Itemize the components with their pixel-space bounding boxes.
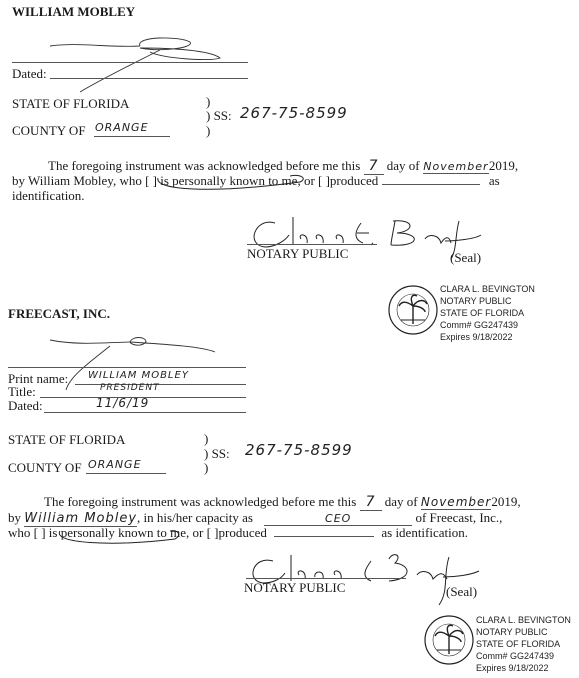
ack-text-1-line3: identification.: [12, 188, 85, 204]
signature-line-2: [8, 367, 246, 368]
ss-number-1: 267-75-8599: [240, 104, 348, 122]
stamp-name-1: CLARA L. BEVINGTON: [440, 283, 535, 295]
ack-month-2: November: [421, 495, 491, 510]
bracket-top-2: ): [204, 431, 208, 447]
stamp-state-2: STATE OF FLORIDA: [476, 638, 571, 650]
stamp-name-2: CLARA L. BEVINGTON: [476, 614, 571, 626]
stamp-expires-1: Expires 9/18/2022: [440, 331, 535, 343]
title-value: PRESIDENT: [100, 383, 160, 393]
ack-month-1: November: [423, 160, 489, 174]
bracket-bottom-1: ): [206, 123, 210, 139]
stamp-comm-1: Comm# GG247439: [440, 319, 535, 331]
ss-number-2: 267-75-8599: [245, 441, 353, 459]
ss-label-1: ) SS:: [206, 108, 232, 124]
county-label-2: COUNTY OF: [8, 460, 82, 476]
signer-name-header: WILLIAM MOBLEY: [12, 4, 135, 20]
ack-text-2-line1: The foregoing instrument was acknowledge…: [44, 494, 521, 511]
county-value-2: ORANGE: [88, 458, 142, 471]
notary-signature-line-1: [247, 244, 377, 245]
notary-seal-emblem-1: [387, 284, 439, 336]
ack-capacity-2: CEO: [264, 512, 412, 526]
notary-signature-line-2: [246, 578, 406, 579]
stamp-expires-2: Expires 9/18/2022: [476, 662, 571, 674]
notary-public-label-2: NOTARY PUBLIC: [244, 580, 345, 596]
dated-label-1: Dated:: [12, 66, 47, 82]
notary-stamp-1: CLARA L. BEVINGTON NOTARY PUBLIC STATE O…: [440, 283, 535, 343]
county-value-1: ORANGE: [95, 121, 149, 134]
company-header: FREECAST, INC.: [8, 306, 110, 322]
county-label-1: COUNTY OF: [12, 123, 86, 139]
notary-seal-emblem-2: [423, 614, 475, 666]
bracket-bottom-2: ): [204, 460, 208, 476]
stamp-state-1: STATE OF FLORIDA: [440, 307, 535, 319]
signature-william-mobley-1: [40, 30, 250, 90]
notary-public-label-1: NOTARY PUBLIC: [247, 246, 348, 262]
county-line-2: [86, 473, 166, 474]
dated-label-2: Dated:: [8, 398, 43, 414]
state-label-2: STATE OF FLORIDA: [8, 432, 125, 448]
stamp-title-1: NOTARY PUBLIC: [440, 295, 535, 307]
circle-mark-1: [150, 168, 320, 198]
dated-value-2: 11/6/19: [96, 396, 149, 410]
ack-day-2: 7: [360, 494, 382, 511]
seal-label-2: (Seal): [446, 584, 477, 600]
county-line-1: [94, 136, 170, 137]
seal-label-1: (Seal): [450, 250, 481, 266]
stamp-comm-2: Comm# GG247439: [476, 650, 571, 662]
notary-stamp-2: CLARA L. BEVINGTON NOTARY PUBLIC STATE O…: [476, 614, 571, 674]
stamp-title-2: NOTARY PUBLIC: [476, 626, 571, 638]
state-label-1: STATE OF FLORIDA: [12, 96, 129, 112]
dated-line-1: [50, 78, 248, 79]
signature-line-1: [12, 62, 248, 63]
dated-line-2: [44, 412, 246, 413]
print-name-value: WILLIAM MOBLEY: [88, 370, 189, 381]
circle-mark-2: [50, 527, 190, 549]
